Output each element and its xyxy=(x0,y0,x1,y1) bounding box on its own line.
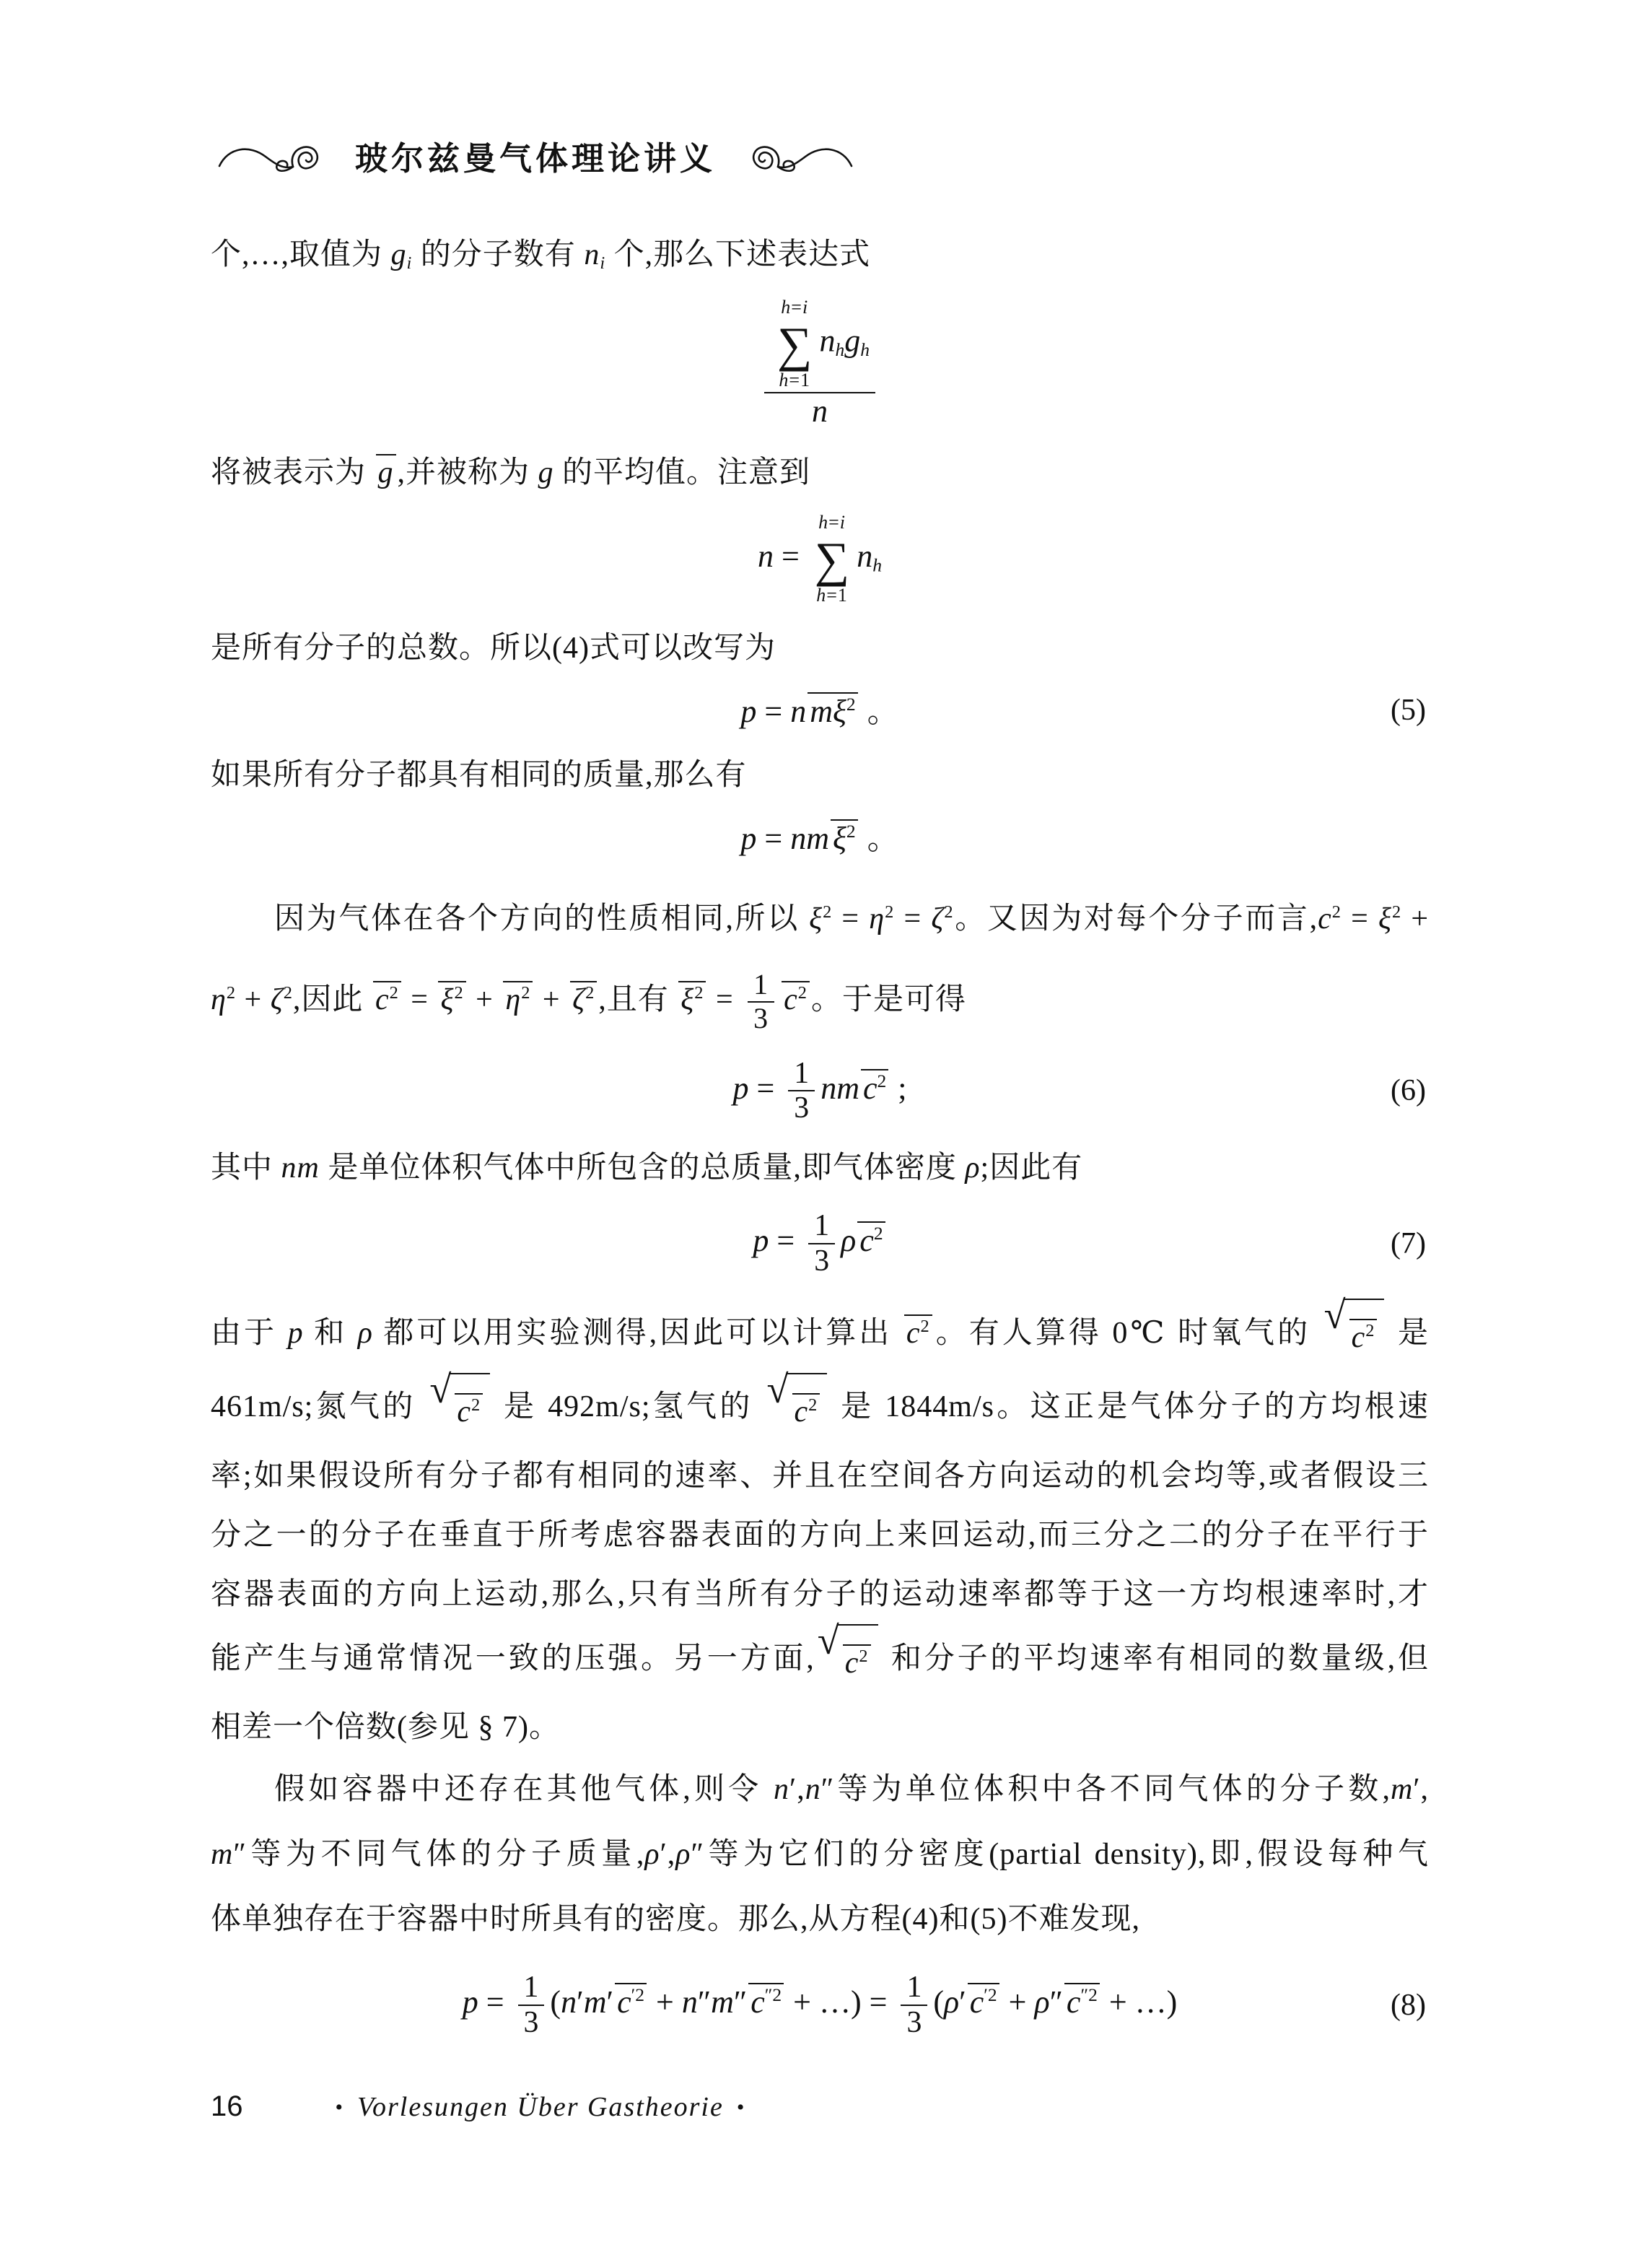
math-fraction: 13 xyxy=(808,1209,835,1278)
fraction-denominator: 3 xyxy=(901,2005,927,2040)
math-var: c xyxy=(1318,902,1332,935)
fraction-denominator: n xyxy=(764,392,875,429)
text-run: = xyxy=(828,512,840,533)
text-run: + xyxy=(468,983,502,1016)
math-superscript: 2 xyxy=(284,983,293,1003)
fraction-numerator: 1 xyxy=(901,1971,927,2005)
formula-8: p = 13(n′m′c′2 + n″m″c″2 + …) = 13(ρ′c′2… xyxy=(211,1971,1429,2040)
math-sqrt: √c2 xyxy=(767,1373,828,1447)
text-run: 是 492m/s;氢气的 xyxy=(493,1390,763,1423)
math-var: c xyxy=(795,1395,809,1429)
math-overline: c2 xyxy=(904,1314,932,1349)
math-var: ξ xyxy=(833,694,846,729)
math-var: n xyxy=(812,393,828,429)
text-run: 率;如果假设所有分子都有相同的速率、并且在空间各方向运动的机会均等,或者假设三 xyxy=(211,1460,1429,1493)
math-var: ζ xyxy=(931,902,944,935)
text-run: 由于 xyxy=(211,1317,288,1350)
text-run: 1 xyxy=(524,1971,539,2004)
fraction-numerator: 1 xyxy=(518,1971,545,2005)
text-run: 1 xyxy=(814,1209,829,1242)
text-run: + xyxy=(236,983,271,1016)
text-run: 的平均值。注意到 xyxy=(554,456,811,489)
text-run: 和分子的平均速率有相同的数量级,但 xyxy=(881,1642,1429,1675)
math-superscript: 2 xyxy=(878,1070,887,1091)
math-superscript: 2 xyxy=(1392,902,1401,922)
text-run: 3 xyxy=(524,2006,539,2039)
math-var: c xyxy=(906,1317,921,1350)
math-overline: ξ2 xyxy=(678,981,706,1016)
text-run: 3 xyxy=(753,1002,769,1034)
math-var: n xyxy=(805,1773,821,1806)
text-run: ′, xyxy=(789,1773,805,1806)
math-superscript: ″2 xyxy=(1080,1984,1097,2005)
formula-content: p = 13nmc2 ; xyxy=(732,1070,906,1106)
page-header: 玻尔兹曼气体理论讲义 xyxy=(216,137,854,180)
math-var: ρ xyxy=(944,1984,959,2020)
page-footer: 16 •Vorlesungen Über Gastheorie• xyxy=(211,2090,745,2123)
math-var: h xyxy=(779,370,789,391)
text-run: 体单独存在于容器中时所具有的密度。那么,从方程(4)和(5)不难发现, xyxy=(211,1903,1140,1936)
math-superscript: 2 xyxy=(227,983,236,1003)
math-var: η xyxy=(505,983,521,1016)
header-ornament-left-icon xyxy=(216,137,339,180)
math-var: p xyxy=(732,1070,748,1106)
math-var: ζ xyxy=(271,983,284,1016)
text-run: ′ xyxy=(606,1984,613,2020)
text-run: ,并被称为 xyxy=(398,456,538,489)
math-overline: ζ2 xyxy=(570,981,597,1016)
math-superscript: 2 xyxy=(859,1647,868,1666)
text-run: 都可以用实验测得,因此可以计算出 xyxy=(373,1317,903,1350)
math-superscript: 2 xyxy=(585,983,595,1003)
text-line-p2: 将被表示为 g,并被称为 g 的平均值。注意到 xyxy=(211,450,1429,495)
math-var: η xyxy=(211,983,227,1016)
math-fraction: 13 xyxy=(901,1971,927,2040)
text-run: 。于是可得 xyxy=(811,983,966,1016)
equation-number-5: (5) xyxy=(1391,695,1426,725)
text-run: 1 xyxy=(906,1971,922,2004)
math-superscript: ′2 xyxy=(631,1984,644,2005)
sqrt-radicand: c2 xyxy=(449,1373,490,1447)
math-var: c xyxy=(375,983,390,1016)
math-var: nm xyxy=(790,821,829,856)
text-run: 1 xyxy=(838,585,848,606)
math-fraction: 13 xyxy=(518,1971,545,2040)
text-run: = xyxy=(774,538,808,574)
math-subscript: h xyxy=(860,339,870,360)
math-var: n xyxy=(774,1773,789,1806)
text-run: ′ xyxy=(959,1984,966,2020)
sum-lower-limit: h=1 xyxy=(816,584,848,608)
math-var: c xyxy=(1067,1984,1081,2020)
math-superscript: ′2 xyxy=(984,1984,997,2005)
math-var: i xyxy=(840,512,846,533)
math-var: ξ xyxy=(440,983,454,1016)
math-subscript: i xyxy=(600,253,605,273)
sqrt-sign: √ xyxy=(818,1621,840,1661)
text-run: ″等为它们的分密度(partial density),即,假设每种气 xyxy=(691,1838,1429,1871)
math-var: g xyxy=(538,456,554,489)
math-var: g xyxy=(844,323,860,359)
math-sqrt: √c2 xyxy=(1324,1299,1385,1372)
text-run: 461m/s;氮气的 xyxy=(211,1390,426,1423)
math-overline: ξ2 xyxy=(438,981,465,1016)
math-var: ρ xyxy=(358,1317,373,1350)
math-overline: c′2 xyxy=(615,1983,647,2019)
text-run: 个,那么下述表达式 xyxy=(605,238,870,271)
text-run: ′ xyxy=(577,1984,584,2020)
math-var: n xyxy=(682,1984,698,2020)
math-superscript: 2 xyxy=(521,983,530,1003)
text-run: ′, xyxy=(660,1838,676,1871)
text-run: ″ xyxy=(698,1984,711,2020)
footer-book-title-text: Vorlesungen Über Gastheorie xyxy=(357,2092,724,2122)
math-var: p xyxy=(753,1223,769,1258)
fraction-denominator: 3 xyxy=(748,1001,774,1035)
formula-content: n = h=i∑h=1nh xyxy=(758,538,882,574)
equation-number-6: (6) xyxy=(1391,1076,1426,1106)
math-var: c xyxy=(970,1984,984,2020)
text-line-p8-2: m″等为不同气体的分子质量,ρ′,ρ″等为它们的分密度(partial dens… xyxy=(211,1822,1429,1887)
math-superscript: 2 xyxy=(390,983,399,1003)
footer-bullet-right: • xyxy=(737,2095,746,2119)
text-run: ( xyxy=(550,1984,561,2020)
math-var: p xyxy=(288,1317,304,1350)
math-overline: c′2 xyxy=(968,1983,999,2019)
math-superscript: 2 xyxy=(454,983,463,1003)
equation-number-8: (8) xyxy=(1391,1990,1426,2020)
fraction-numerator: 1 xyxy=(748,969,774,1001)
text-run: = xyxy=(789,370,800,391)
text-line-p4: 如果所有分子都具有相同的质量,那么有 xyxy=(211,753,1429,798)
math-overline: c″2 xyxy=(748,1983,784,2019)
text-run: 是所有分子的总数。所以(4)式可以改写为 xyxy=(211,632,776,665)
formula-content: p = nmξ2 。 xyxy=(740,821,898,856)
formula-content: h=i∑h=1nhghn xyxy=(758,341,881,377)
footer-book-title: •Vorlesungen Über Gastheorie• xyxy=(336,2091,746,2123)
text-run: + xyxy=(1401,902,1429,935)
math-var: n xyxy=(758,538,774,574)
text-line-p7-3: 率;如果假设所有分子都有相同的速率、并且在空间各方向运动的机会均等,或者假设三 xyxy=(211,1447,1429,1506)
math-summation: h=i∑h=1 xyxy=(777,296,812,392)
math-superscript: ″2 xyxy=(765,1984,782,2005)
math-superscript: 2 xyxy=(808,1395,818,1415)
text-run: 1 xyxy=(794,1057,809,1090)
math-var: n xyxy=(790,694,806,729)
text-run: 个,…,取值为 xyxy=(211,238,391,271)
math-var: ρ xyxy=(675,1838,691,1871)
text-run: + …) xyxy=(1101,1984,1177,2020)
formula-n-total: n = h=i∑h=1nh xyxy=(211,511,1429,607)
math-subscript: h xyxy=(835,339,844,360)
math-superscript: 2 xyxy=(694,983,704,1003)
sigma-symbol: ∑ xyxy=(777,320,812,369)
text-run: ″等为不同气体的分子质量, xyxy=(233,1838,644,1871)
text-run: ;因此有 xyxy=(981,1151,1083,1185)
math-var: ρ xyxy=(965,1151,980,1185)
sum-upper-limit: h=i xyxy=(818,511,846,535)
math-var: n xyxy=(819,323,835,359)
text-run: = xyxy=(756,821,790,856)
math-superscript: 2 xyxy=(846,821,856,842)
math-var: η xyxy=(869,902,885,935)
sum-lower-limit: h=1 xyxy=(779,369,810,393)
math-overline: c2 xyxy=(373,981,401,1016)
text-run: 能产生与通常情况一致的压强。另一方面, xyxy=(211,1642,815,1675)
text-run: 。 xyxy=(859,694,899,729)
page-root: 玻尔兹曼气体理论讲义 个,…,取值为 gi 的分子数有 ni 个,那么下述表达式… xyxy=(0,0,1628,2268)
math-overline: c″2 xyxy=(1064,1983,1100,2019)
math-superscript: 2 xyxy=(921,1317,930,1336)
text-run: ( xyxy=(933,1984,944,2020)
math-var: m xyxy=(584,1984,607,2020)
text-run: ; xyxy=(890,1070,906,1106)
math-var: h xyxy=(816,585,826,606)
math-var: ξ xyxy=(680,983,694,1016)
math-superscript: 2 xyxy=(846,694,856,715)
math-var: ξ xyxy=(1378,902,1392,935)
sigma-symbol: ∑ xyxy=(815,535,849,584)
math-var: ρ xyxy=(644,1838,660,1871)
text-run: = xyxy=(756,694,790,729)
text-run: 的分子数有 xyxy=(412,238,584,271)
math-var: c xyxy=(859,1223,874,1258)
text-run: 。又因为对每个分子而言, xyxy=(954,902,1318,935)
math-var: m xyxy=(211,1838,233,1871)
text-run: ″ xyxy=(734,1984,747,2020)
math-overline: c2 xyxy=(455,1393,483,1428)
text-run: 1 xyxy=(800,370,810,391)
sqrt-sign: √ xyxy=(1324,1296,1347,1335)
math-sqrt: √c2 xyxy=(429,1373,490,1447)
text-run: + xyxy=(648,1984,682,2020)
math-sqrt: √c2 xyxy=(818,1624,878,1698)
text-run: 是单位体积气体中所包含的总质量,即气体密度 xyxy=(320,1151,966,1185)
math-var: ζ xyxy=(572,983,585,1016)
math-var: nm xyxy=(820,1070,859,1106)
math-var: ρ xyxy=(841,1223,856,1258)
text-run: = xyxy=(478,1984,512,2020)
text-line-p7-1: 由于 p 和 ρ 都可以用实验测得,因此可以计算出 c2。有人算得 0℃ 时氧气… xyxy=(211,1299,1429,1372)
math-var: c xyxy=(784,983,798,1016)
sqrt-sign: √ xyxy=(767,1370,789,1410)
fraction-numerator: 1 xyxy=(808,1209,835,1243)
math-var: p xyxy=(463,1984,478,2020)
text-run: = xyxy=(832,902,869,935)
math-superscript: 2 xyxy=(471,1395,481,1415)
math-var: m xyxy=(1391,1773,1413,1806)
math-superscript: 2 xyxy=(885,902,894,922)
formula-content: p = nmξ2 。 xyxy=(740,694,898,729)
math-overline: c2 xyxy=(857,1221,885,1257)
formula-equal-mass: p = nmξ2 。 xyxy=(211,819,1429,855)
text-run: = xyxy=(748,1070,782,1106)
footer-page-number: 16 xyxy=(211,2090,243,2123)
text-run: = xyxy=(1342,902,1378,935)
text-line-p5-2: η2 + ζ2,因此 c2 = ξ2 + η2 + ζ2,且有 ξ2 = 13c… xyxy=(211,961,1429,1038)
text-line-p3: 是所有分子的总数。所以(4)式可以改写为 xyxy=(211,626,1429,671)
text-line-p7-6: 能产生与通常情况一致的压强。另一方面,√c2 和分子的平均速率有相同的数量级,但 xyxy=(211,1624,1429,1698)
text-run: 和 xyxy=(304,1317,358,1350)
math-var: i xyxy=(802,297,808,318)
text-run: + …) = xyxy=(785,1984,895,2020)
math-summation: h=i∑h=1 xyxy=(815,511,849,607)
math-var: ρ xyxy=(1034,1984,1049,2020)
text-run: = xyxy=(707,983,742,1016)
text-run: ,因此 xyxy=(293,983,372,1016)
math-var: h xyxy=(818,512,828,533)
fraction-numerator: 1 xyxy=(788,1057,815,1091)
math-fraction: 13 xyxy=(748,969,774,1034)
text-run: 。有人算得 0℃ 时氧气的 xyxy=(934,1317,1321,1350)
text-run: ″ xyxy=(1050,1984,1063,2020)
formula-7: p = 13ρc2 (7) xyxy=(211,1209,1429,1278)
formula-5: p = nmξ2 。 (5) xyxy=(211,692,1429,728)
math-var: m xyxy=(810,694,833,729)
math-var: p xyxy=(740,821,756,856)
math-var: ξ xyxy=(809,902,823,935)
text-run: 如果所有分子都具有相同的质量,那么有 xyxy=(211,759,747,792)
text-run: = xyxy=(403,983,437,1016)
math-overline: ξ2 xyxy=(831,819,858,855)
text-run: 是 xyxy=(1387,1317,1429,1350)
text-run: 是 1844m/s。这正是气体分子的方均根速 xyxy=(830,1390,1429,1423)
math-var: h xyxy=(781,297,791,318)
sqrt-radicand: c2 xyxy=(787,1373,828,1447)
math-var: c xyxy=(457,1395,471,1429)
text-line-p7-5: 容器表面的方向上运动,那么,只有当所有分子的运动速率都等于这一方均根速率时,才 xyxy=(211,1565,1429,1624)
math-var: nm xyxy=(281,1151,320,1185)
footer-bullet-left: • xyxy=(336,2095,345,2119)
text-line-p8-1: 假如容器中还存在其他气体,则令 n′,n″等为单位体积中各不同气体的分子数,m′… xyxy=(211,1757,1429,1822)
sqrt-radicand: c2 xyxy=(1344,1299,1385,1372)
fraction-denominator: 3 xyxy=(518,2005,545,2040)
math-superscript: 2 xyxy=(1332,902,1342,922)
formula-mean-definition: h=i∑h=1nhghn xyxy=(211,296,1429,429)
fraction-denominator: 3 xyxy=(808,1243,835,1278)
math-var: c xyxy=(617,1984,631,2020)
math-superscript: 2 xyxy=(823,902,832,922)
math-subscript: h xyxy=(872,554,882,575)
math-overline: c2 xyxy=(843,1644,871,1679)
formula-6: p = 13nmc2 ; (6) xyxy=(211,1057,1429,1126)
text-run: = xyxy=(894,902,931,935)
sqrt-sign: √ xyxy=(429,1370,452,1410)
text-run: ″等为单位体积中各不同气体的分子数, xyxy=(821,1773,1391,1806)
math-superscript: 2 xyxy=(798,983,808,1003)
text-run: = xyxy=(826,585,838,606)
math-overline: η2 xyxy=(503,981,533,1016)
text-run: 3 xyxy=(814,1244,829,1278)
text-run: = xyxy=(791,297,802,318)
text-run: 将被表示为 xyxy=(211,456,375,489)
text-run: 其中 xyxy=(211,1151,281,1185)
math-overline: c2 xyxy=(1349,1319,1378,1353)
equation-number-7: (7) xyxy=(1391,1229,1426,1259)
math-overline: c2 xyxy=(861,1069,888,1105)
text-run: + xyxy=(1001,1984,1035,2020)
math-var: c xyxy=(750,1984,765,2020)
text-run: ,且有 xyxy=(598,983,677,1016)
text-line-p7-7: 相差一个倍数(参见 § 7)。 xyxy=(211,1698,1429,1757)
page-body: 个,…,取值为 gi 的分子数有 ni 个,那么下述表达式 h=i∑h=1nhg… xyxy=(211,232,1429,2060)
sum-upper-limit: h=i xyxy=(781,296,808,320)
text-run: 3 xyxy=(794,1091,809,1125)
text-line-p7-4: 分之一的分子在垂直于所考虑容器表面的方向上来回运动,而三分之二的分子在平行于 xyxy=(211,1506,1429,1565)
text-run: = xyxy=(769,1223,802,1258)
text-run: 假如容器中还存在其他气体,则令 xyxy=(274,1773,774,1806)
math-var: n xyxy=(857,538,872,574)
math-var: ξ xyxy=(833,821,846,856)
text-run: 分之一的分子在垂直于所考虑容器表面的方向上来回运动,而三分之二的分子在平行于 xyxy=(211,1519,1429,1552)
math-superscript: 2 xyxy=(874,1223,883,1244)
math-fraction: 13 xyxy=(788,1057,815,1126)
text-line-p8-3: 体单独存在于容器中时所具有的密度。那么,从方程(4)和(5)不难发现, xyxy=(211,1887,1429,1952)
sqrt-radicand: c2 xyxy=(837,1624,878,1698)
text-run: 容器表面的方向上运动,那么,只有当所有分子的运动速率都等于这一方均根速率时,才 xyxy=(211,1578,1429,1611)
header-ornament-right-icon xyxy=(732,137,854,180)
math-overline: mξ2 xyxy=(808,692,857,728)
text-run: 1 xyxy=(753,968,769,1000)
header-title: 玻尔兹曼气体理论讲义 xyxy=(355,143,716,175)
text-run: ′, xyxy=(1413,1773,1429,1806)
text-run: 3 xyxy=(906,2006,922,2039)
text-line-p6: 其中 nm 是单位体积气体中所包含的总质量,即气体密度 ρ;因此有 xyxy=(211,1146,1429,1190)
text-run: + xyxy=(534,983,569,1016)
math-superscript: 2 xyxy=(1365,1321,1375,1340)
math-var: n xyxy=(561,1984,577,2020)
math-superscript: 2 xyxy=(944,902,953,922)
text-line-p1: 个,…,取值为 gi 的分子数有 ni 个,那么下述表达式 xyxy=(211,232,1429,277)
math-fraction: h=i∑h=1nhghn xyxy=(764,296,875,429)
math-var: c xyxy=(845,1647,859,1680)
text-run: 。 xyxy=(859,821,899,856)
text-run: 相差一个倍数(参见 § 7)。 xyxy=(211,1711,560,1744)
fraction-numerator: h=i∑h=1nhgh xyxy=(764,296,875,392)
fraction-denominator: 3 xyxy=(788,1090,815,1125)
math-overline: c2 xyxy=(782,981,810,1016)
math-var: c xyxy=(863,1070,878,1106)
math-var: g xyxy=(391,238,407,271)
text-line-p7-2: 461m/s;氮气的 √c2 是 492m/s;氢气的 √c2 是 1844m/… xyxy=(211,1372,1429,1446)
math-var: g xyxy=(378,456,394,489)
math-var: n xyxy=(584,238,600,271)
math-overline: g xyxy=(376,454,396,489)
formula-content: p = 13ρc2 xyxy=(753,1223,886,1258)
math-var: m xyxy=(711,1984,734,2020)
text-run: 因为气体在各个方向的性质相同,所以 xyxy=(274,902,809,935)
math-var: c xyxy=(1352,1321,1366,1354)
formula-content: p = 13(n′m′c′2 + n″m″c″2 + …) = 13(ρ′c′2… xyxy=(463,1984,1178,2020)
math-overline: c2 xyxy=(792,1393,820,1428)
text-line-p5-1: 因为气体在各个方向的性质相同,所以 ξ2 = η2 = ζ2。又因为对每个分子而… xyxy=(211,881,1429,957)
math-var: p xyxy=(740,694,756,729)
